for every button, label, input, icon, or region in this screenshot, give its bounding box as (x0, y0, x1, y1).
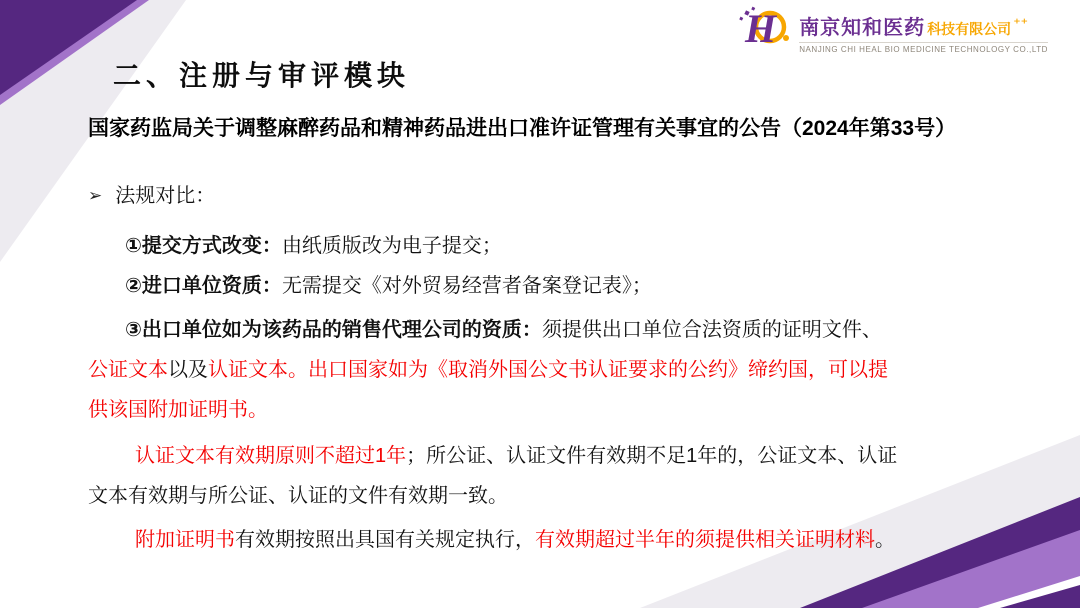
item3-red-apostille: 供该国附加证明书。 (88, 399, 268, 421)
list-item-2: ②进口单位资质：无需提交《对外贸易经营者备案登记表》； (88, 266, 1018, 306)
apostille-red-rule: 有效期超过半年的须提供相关证明材料 (535, 529, 875, 551)
bottomright-corner-triangle (1000, 585, 1080, 608)
company-name-cn: 南京知和医药 (799, 11, 925, 40)
list-item-3-line3: 供该国附加证明书。 (88, 390, 1018, 430)
bullet-line-regulation-comparison: ➢法规对比： (88, 176, 1018, 216)
bullet-label: 法规对比： (115, 185, 215, 207)
item3-label: ③出口单位如为该药品的销售代理公司的资质： (125, 319, 542, 341)
svg-text:H: H (744, 6, 778, 51)
company-logo-text: 南京知和医药 科技有限公司 ⁺⁺ NANJING CHI HEAL BIO ME… (799, 5, 1048, 54)
validity-black-text2: 文本有效期与所公证、认证的文件有效期一致。 (88, 485, 508, 507)
item3-red-notarized: 公证文本 (88, 359, 168, 381)
validity-paragraph-line1: 认证文本有效期原则不超过1年；所公证、认证文件有效期不足1年的，公证文本、认证 (88, 436, 1018, 476)
announcement-heading: 国家药监局关于调整麻醉药品和精神药品进出口准许证管理有关事宜的公告（2024年第… (88, 112, 1028, 142)
item1-label: ①提交方式改变： (125, 235, 282, 257)
validity-red-rule: 认证文本有效期原则不超过1年 (135, 445, 406, 467)
item3-text: 须提供出口单位合法资质的证明文件、 (542, 319, 882, 341)
plus-sparkle-icon: ⁺⁺ (1013, 15, 1028, 32)
list-item-3-line1: ③出口单位如为该药品的销售代理公司的资质：须提供出口单位合法资质的证明文件、 (88, 310, 1018, 350)
arrow-bullet-icon: ➢ (88, 186, 102, 205)
item3-black-and: 以及 (168, 359, 208, 381)
item1-text: 由纸质版改为电子提交； (282, 235, 502, 257)
item3-red-certified: 认证文本。出口国家如为《取消外国公文书认证要求的公约》缔约国，可以提 (208, 359, 888, 381)
apostille-black-text: 有效期按照出具国有关规定执行， (235, 529, 535, 551)
list-item-3-line2: 公证文本以及认证文本。出口国家如为《取消外国公文书认证要求的公约》缔约国，可以提 (88, 350, 1018, 390)
company-suffix-cn: 科技有限公司 (927, 19, 1011, 39)
item2-label: ②进口单位资质： (125, 275, 282, 297)
apostille-period: 。 (875, 529, 895, 551)
apostille-paragraph: 附加证明书有效期按照出具国有关规定执行，有效期超过半年的须提供相关证明材料。 (88, 520, 1018, 560)
company-logo-icon: H (737, 5, 793, 51)
item2-text: 无需提交《对外贸易经营者备案登记表》； (282, 275, 652, 297)
bottomright-white-sliver (978, 576, 1080, 608)
presentation-slide: H 南京知和医药 科技有限公司 ⁺⁺ NANJING CHI HEAL BIO … (0, 0, 1080, 608)
company-logo: H 南京知和医药 科技有限公司 ⁺⁺ NANJING CHI HEAL BIO … (737, 5, 1048, 54)
validity-black-text1: ；所公证、认证文件有效期不足1年的，公证文本、认证 (406, 445, 897, 467)
company-name-en: NANJING CHI HEAL BIO MEDICINE TECHNOLOGY… (799, 42, 1048, 54)
apostille-red-term: 附加证明书 (135, 529, 235, 551)
list-item-1: ①提交方式改变：由纸质版改为电子提交； (88, 226, 1018, 266)
section-title: 二、注册与审评模块 (113, 54, 410, 94)
slide-body: ➢法规对比： ①提交方式改变：由纸质版改为电子提交； ②进口单位资质：无需提交《… (88, 176, 1018, 560)
validity-paragraph-line2: 文本有效期与所公证、认证的文件有效期一致。 (88, 476, 1018, 516)
